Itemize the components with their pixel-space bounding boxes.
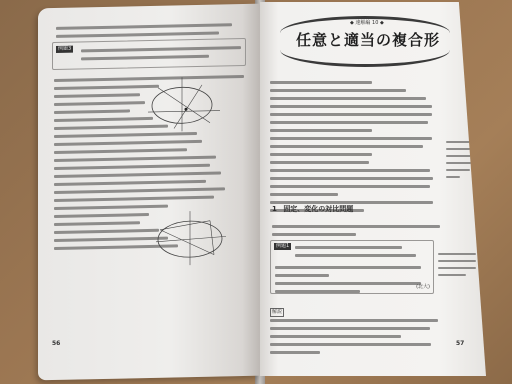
left-page-number: 56 [52, 340, 60, 347]
example-box-right: 例題1 (北大) [270, 240, 434, 294]
ellipse-diagram-2 [150, 206, 230, 268]
example-badge: 例題3 [56, 46, 73, 53]
section-intro-lines [272, 220, 440, 241]
chapter-title-banner: ◆ 速解編 10 ◆ 任意と適当の複合形 [280, 16, 450, 58]
right-page: ◆ 速解編 10 ◆ 任意と適当の複合形 1 固定、変化の対比問題 [260, 2, 486, 376]
side-note-top [446, 136, 480, 183]
example-badge-right: 例題1 [274, 243, 291, 250]
section-heading: 1 固定、変化の対比問題 [272, 204, 353, 214]
ellipse-diagram-1 [144, 72, 224, 134]
example-box-left: 例題3 [52, 38, 246, 70]
section-number: 1 [272, 205, 277, 213]
right-page-number: 57 [456, 340, 464, 347]
solution-label: 解説 [270, 308, 284, 317]
side-note-bottom [438, 248, 478, 281]
chapter-title: 任意と適当の複合形 [296, 29, 440, 50]
right-intro-lines [270, 76, 440, 217]
example-source: (北大) [416, 284, 430, 291]
section-title: 固定、変化の対比問題 [283, 205, 353, 213]
solution-lines: 解説 [270, 298, 438, 359]
left-page: 例題3 [38, 4, 260, 381]
